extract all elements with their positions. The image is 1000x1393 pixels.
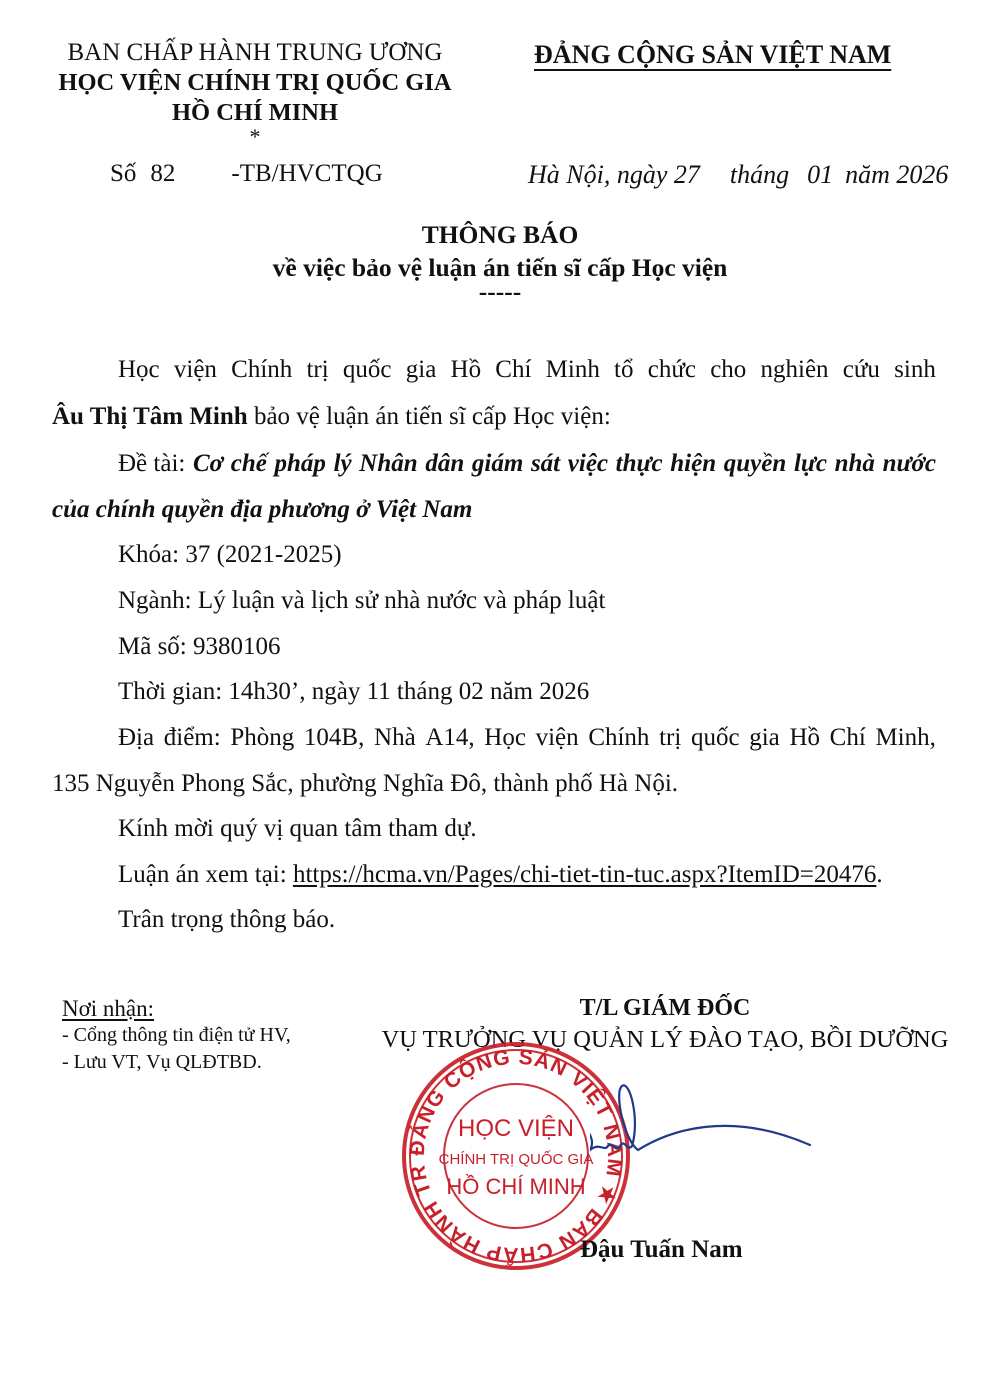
word: viện: [174, 355, 217, 385]
word: Minh: [546, 355, 600, 385]
word: chế: [231, 449, 267, 479]
closing-line: Trân trọng thông báo.: [118, 905, 335, 935]
word: Hồ: [789, 723, 820, 753]
word: trị: [659, 723, 681, 753]
candidate-line: Âu Thị Tâm Minh bảo vệ luận án tiến sĩ c…: [52, 402, 611, 432]
word: viện: [536, 723, 579, 753]
word: tổ: [614, 355, 633, 385]
topic-line-2: của chính quyền địa phương ở Việt Nam: [52, 495, 472, 525]
thesis-line: Luận án xem tại: https://hcma.vn/Pages/c…: [118, 860, 883, 890]
word: Chí: [830, 723, 866, 753]
word: trị: [306, 355, 328, 385]
location-line-2: 135 Nguyễn Phong Sắc, phường Nghĩa Đô, t…: [52, 769, 678, 799]
recipient-item: - Cổng thông tin điện tử HV,: [62, 1022, 291, 1049]
date-month-label: tháng: [730, 160, 789, 189]
recipients-heading: Nơi nhận:: [62, 995, 291, 1022]
word: Địa: [118, 723, 154, 753]
word: Hồ: [451, 355, 482, 385]
word: cho: [710, 355, 746, 385]
topic-line-1: Đề tài:CơchếpháplýNhândângiámsátviệcthực…: [118, 449, 936, 479]
word: Nhà: [374, 723, 416, 753]
signer-name: Đậu Tuấn Nam: [580, 1236, 743, 1264]
word: nghiên: [761, 355, 829, 385]
thesis-end: .: [876, 861, 882, 888]
org-line-academy: HỌC VIỆN CHÍNH TRỊ QUỐC GIA: [40, 68, 470, 98]
word: nước: [883, 449, 936, 479]
word: chức: [648, 355, 696, 385]
word: sát: [531, 449, 560, 479]
date-month: 01: [807, 160, 833, 189]
svg-text:CHÍNH TRỊ QUỐC GIA: CHÍNH TRỊ QUỐC GIA: [439, 1150, 594, 1168]
course-line: Khóa: 37 (2021-2025): [118, 540, 342, 570]
handwritten-signature-icon: [590, 1080, 820, 1190]
word: hiện: [670, 449, 716, 479]
word: điểm:: [164, 723, 221, 753]
word: lực: [794, 449, 827, 479]
intro-tail: bảo vệ luận án tiến sĩ cấp Học viện:: [248, 403, 611, 430]
word: gia: [406, 355, 437, 385]
intro-line: HọcviệnChínhtrịquốcgiaHồChíMinhtổchứccho…: [118, 355, 936, 385]
word: Phòng: [230, 723, 294, 753]
recipient-item: - Lưu VT, Vụ QLĐTBD.: [62, 1049, 291, 1076]
word: quốc: [691, 723, 740, 753]
svg-text:HỌC VIỆN: HỌC VIỆN: [458, 1115, 574, 1142]
svg-text:HỒ CHÍ MINH: HỒ CHÍ MINH: [446, 1174, 585, 1199]
word: pháp: [275, 449, 326, 479]
word: nhà: [835, 449, 875, 479]
time-line: Thời gian: 14h30’, ngày 11 tháng 02 năm …: [118, 677, 589, 707]
word: quyền: [724, 449, 787, 479]
code-line: Mã số: 9380106: [118, 632, 281, 662]
word: Chính: [231, 355, 292, 385]
word: 104B,: [304, 723, 364, 753]
word: gia: [749, 723, 780, 753]
org-line-central-committee: BAN CHẤP HÀNH TRUNG ƯƠNG: [40, 38, 470, 68]
word: Học: [484, 723, 526, 753]
number-value: 82: [150, 160, 175, 187]
date-year: năm 2026: [845, 160, 948, 189]
word: sinh: [894, 355, 936, 385]
word: A14,: [425, 723, 474, 753]
document-date: Hà Nội, ngày 27tháng01năm 2026: [528, 160, 948, 190]
signature-title: T/L GIÁM ĐỐC: [380, 995, 950, 1022]
party-heading: ĐẢNG CỘNG SẢN VIỆT NAM: [534, 40, 891, 70]
word: Minh,: [875, 723, 935, 753]
number-code: -TB/HVCTQG: [231, 160, 382, 187]
document-title: THÔNG BÁO: [0, 218, 1000, 251]
location-line-1: Địađiểm:Phòng104B,NhàA14,HọcviệnChínhtrị…: [118, 723, 936, 753]
number-label: Số: [110, 160, 136, 187]
word: Chính: [588, 723, 649, 753]
word: dân: [425, 449, 464, 479]
recipients: Nơi nhận: - Cổng thông tin điện tử HV, -…: [62, 995, 291, 1076]
word: Chí: [495, 355, 531, 385]
word: quốc: [343, 355, 392, 385]
word: Nhân: [359, 449, 417, 479]
word: việc: [568, 449, 608, 479]
org-star: *: [40, 128, 470, 146]
document-number: Số82-TB/HVCTQG: [110, 160, 383, 188]
thesis-link[interactable]: https://hcma.vn/Pages/chi-tiet-tin-tuc.a…: [293, 861, 876, 888]
topic-label: Đề tài:: [118, 449, 185, 479]
word: cứu: [843, 355, 880, 385]
word: lý: [334, 449, 352, 479]
date-place-day: Hà Nội, ngày 27: [528, 160, 700, 189]
word: Cơ: [193, 449, 223, 479]
word: giám: [472, 449, 523, 479]
major-line: Ngành: Lý luận và lịch sử nhà nước và ph…: [118, 586, 605, 616]
title-divider: -----: [0, 282, 1000, 302]
word: thực: [616, 449, 663, 479]
invite-line: Kính mời quý vị quan tâm tham dự.: [118, 814, 477, 844]
word: Học: [118, 355, 160, 385]
candidate-name: Âu Thị Tâm Minh: [52, 403, 248, 430]
issuing-organization: BAN CHẤP HÀNH TRUNG ƯƠNG HỌC VIỆN CHÍNH …: [40, 38, 470, 146]
thesis-label: Luận án xem tại:: [118, 861, 293, 888]
